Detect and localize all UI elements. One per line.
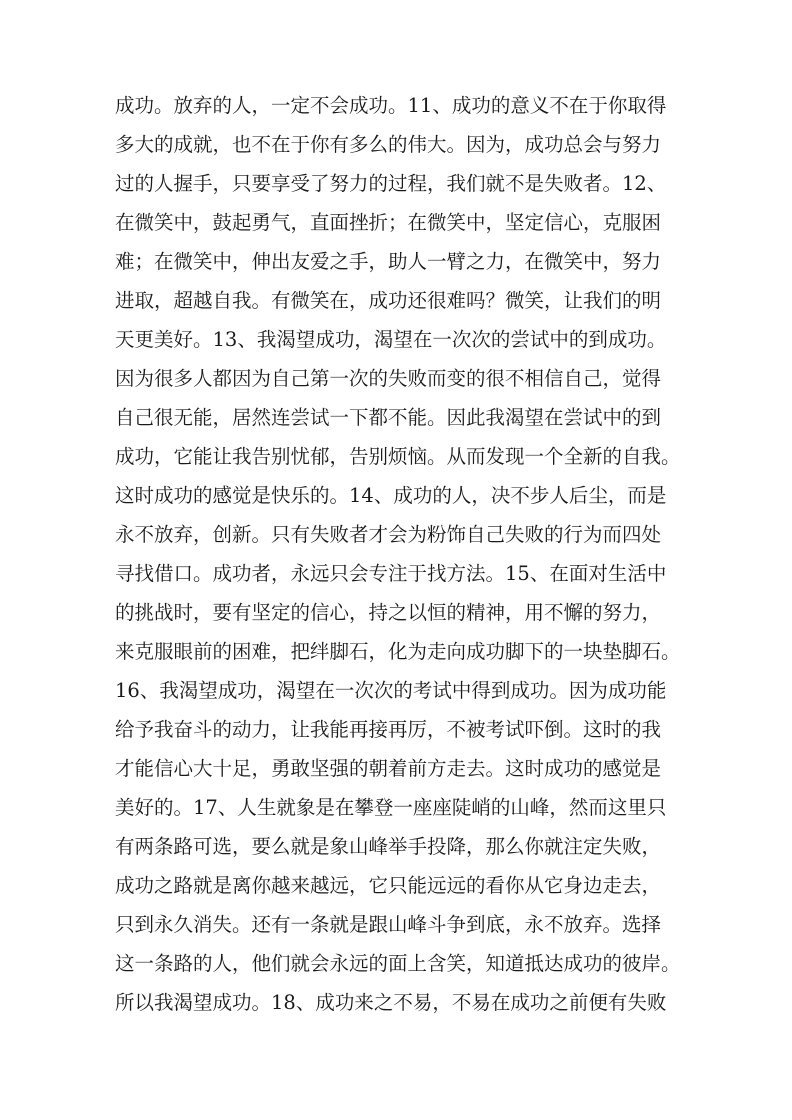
text-line: 成功。放弃的人，一定不会成功。11、成功的意义不在于你取得 bbox=[115, 86, 715, 125]
text-line: 多大的成就，也不在于你有多么的伟大。因为，成功总会与努力 bbox=[115, 125, 715, 164]
text-line: 成功之路就是离你越来越远，它只能远远的看你从它身边走去， bbox=[115, 866, 715, 905]
text-line: 寻找借口。成功者，永远只会专注于找方法。15、在面对生活中 bbox=[115, 554, 715, 593]
text-line: 所以我渴望成功。18、成功来之不易，不易在成功之前便有失败 bbox=[115, 983, 715, 1022]
text-line: 进取，超越自我。有微笑在，成功还很难吗？微笑，让我们的明 bbox=[115, 281, 715, 320]
text-line: 16、我渴望成功，渴望在一次次的考试中得到成功。因为成功能 bbox=[115, 671, 715, 710]
text-line: 永不放弃，创新。只有失败者才会为粉饰自己失败的行为而四处 bbox=[115, 515, 715, 554]
text-line: 给予我奋斗的动力，让我能再接再厉，不被考试吓倒。这时的我 bbox=[115, 710, 715, 749]
text-line: 成功，它能让我告别忧郁，告别烦恼。从而发现一个全新的自我。 bbox=[115, 437, 715, 476]
text-line: 天更美好。13、我渴望成功，渴望在一次次的尝试中的到成功。 bbox=[115, 320, 715, 359]
text-line: 在微笑中，鼓起勇气，直面挫折；在微笑中，坚定信心，克服困 bbox=[115, 203, 715, 242]
text-line: 难；在微笑中，伸出友爱之手，助人一臂之力，在微笑中，努力 bbox=[115, 242, 715, 281]
text-line: 的挑战时，要有坚定的信心，持之以恒的精神，用不懈的努力， bbox=[115, 593, 715, 632]
text-line: 这时成功的感觉是快乐的。14、成功的人，决不步人后尘，而是 bbox=[115, 476, 715, 515]
text-line: 美好的。17、人生就象是在攀登一座座陡峭的山峰，然而这里只 bbox=[115, 788, 715, 827]
document-page: 成功。放弃的人，一定不会成功。11、成功的意义不在于你取得 多大的成就，也不在于… bbox=[0, 0, 792, 1120]
text-line: 只到永久消失。还有一条就是跟山峰斗争到底，永不放弃。选择 bbox=[115, 905, 715, 944]
text-line: 这一条路的人，他们就会永远的面上含笑，知道抵达成功的彼岸。 bbox=[115, 944, 715, 983]
text-line: 来克服眼前的困难，把绊脚石，化为走向成功脚下的一块垫脚石。 bbox=[115, 632, 715, 671]
text-line: 过的人握手，只要享受了努力的过程，我们就不是失败者。12、 bbox=[115, 164, 715, 203]
text-line: 自己很无能，居然连尝试一下都不能。因此我渴望在尝试中的到 bbox=[115, 398, 715, 437]
text-line: 才能信心大十足，勇敢坚强的朝着前方走去。这时成功的感觉是 bbox=[115, 749, 715, 788]
body-text: 成功。放弃的人，一定不会成功。11、成功的意义不在于你取得 多大的成就，也不在于… bbox=[115, 86, 715, 1022]
text-line: 有两条路可选，要么就是象山峰举手投降，那么你就注定失败， bbox=[115, 827, 715, 866]
text-line: 因为很多人都因为自己第一次的失败而变的很不相信自己，觉得 bbox=[115, 359, 715, 398]
